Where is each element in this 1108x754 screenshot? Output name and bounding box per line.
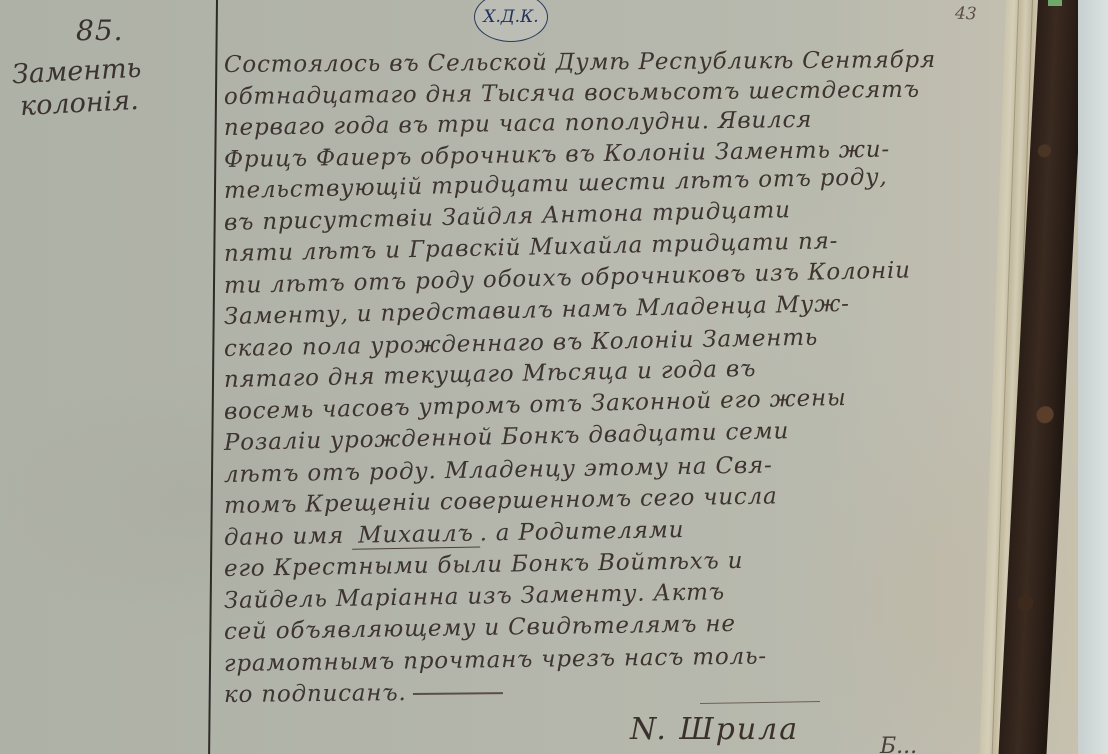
register-page-photo: 85. Заменть колонія. Х.Д.К. 43 Состоялос… (0, 0, 1108, 754)
closing-dash (413, 692, 503, 694)
margin-rule-line (208, 0, 217, 754)
archive-stamp: Х.Д.К. (474, 0, 548, 42)
table-surface (1078, 0, 1108, 754)
partial-signature: Б... (880, 734, 917, 754)
entry-number: 85. (76, 14, 124, 47)
priest-signature: N. Шрила (630, 712, 799, 747)
stamp-text: Х.Д.К. (483, 7, 538, 27)
entry-body: Состоялось въ Сельской Думѣ Республикѣ С… (224, 52, 1054, 714)
child-name: Михаилъ (352, 520, 480, 549)
folio-number: 43 (955, 4, 977, 25)
ribbon-corner (1048, 0, 1062, 6)
margin-note-colony: колонія. (19, 85, 139, 122)
